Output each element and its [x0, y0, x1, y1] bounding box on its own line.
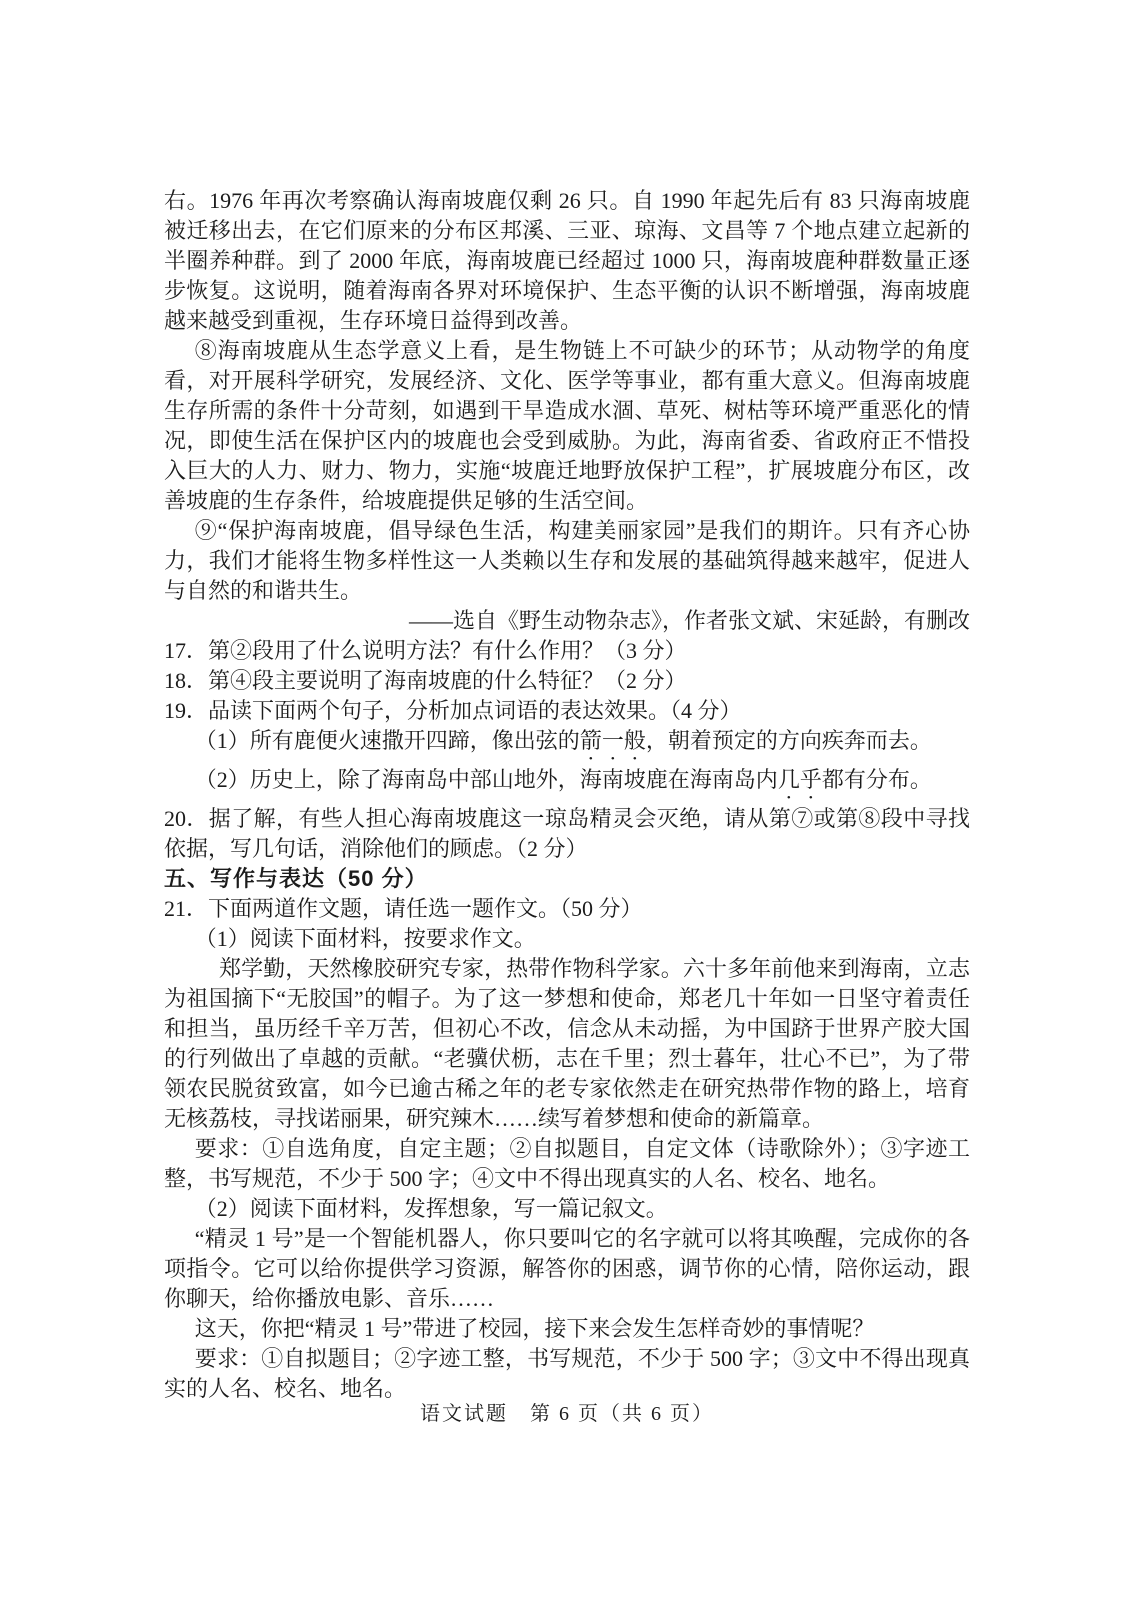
essay-option-2-label: （2）阅读下面材料，发挥想象，写一篇记叙文。	[164, 1194, 970, 1224]
essay-option-2-scenario: 这天，你把“精灵 1 号”带进了校园，接下来会发生怎样奇妙的事情呢？	[164, 1314, 970, 1344]
question-20: 20．据了解，有些人担心海南坡鹿这一琼岛精灵会灭绝，请从第⑦或第⑧段中寻找依据，…	[164, 804, 970, 864]
question-19: 19．品读下面两个句子，分析加点词语的表达效果。（4 分）	[164, 696, 970, 726]
document-body: 右。1976 年再次考察确认海南坡鹿仅剩 26 只。自 1990 年起先后有 8…	[164, 186, 970, 1404]
question-21: 21．下面两道作文题，请任选一题作文。（50 分）	[164, 894, 970, 924]
passage-paragraph-9: ⑨“保护海南坡鹿，倡导绿色生活，构建美丽家园”是我们的期许。只有齐心协力，我们才…	[164, 516, 970, 606]
essay-option-1-material: 郑学勤，天然橡胶研究专家，热带作物科学家。六十多年前他来到海南，立志为祖国摘下“…	[164, 954, 970, 1134]
sentence-1-pre: （1）所有鹿便火速撒开四蹄，像出弦的	[195, 728, 580, 753]
question-17: 17．第②段用了什么说明方法？有什么作用？（3 分）	[164, 636, 970, 666]
section-5-heading: 五、写作与表达（50 分）	[164, 864, 970, 894]
question-19-sentence-1: （1）所有鹿便火速撒开四蹄，像出弦的箭一般，朝着预定的方向疾奔而去。	[164, 726, 970, 765]
essay-option-1-requirements: 要求：①自选角度，自定主题；②自拟题目，自定文体（诗歌除外）；③字迹工整，书写规…	[164, 1134, 970, 1194]
sentence-1-post: ，朝着预定的方向疾奔而去。	[646, 728, 932, 753]
question-18: 18．第④段主要说明了海南坡鹿的什么特征？（2 分）	[164, 666, 970, 696]
question-19-sentence-2: （2）历史上，除了海南岛中部山地外，海南坡鹿在海南岛内几乎都有分布。	[164, 765, 970, 804]
sentence-2-emphasized-word: 几乎	[778, 767, 822, 792]
sentence-1-emphasized-word: 箭一般	[580, 728, 646, 753]
page-footer: 语文试题 第 6 页（共 6 页）	[164, 1399, 970, 1429]
sentence-2-pre: （2）历史上，除了海南岛中部山地外，海南坡鹿在海南岛内	[195, 767, 778, 792]
page-footer-text: 语文试题 第 6 页（共 6 页）	[420, 1403, 714, 1425]
passage-paragraph-7-continued: 右。1976 年再次考察确认海南坡鹿仅剩 26 只。自 1990 年起先后有 8…	[164, 186, 970, 336]
essay-option-2-material: “精灵 1 号”是一个智能机器人，你只要叫它的名字就可以将其唤醒，完成你的各项指…	[164, 1224, 970, 1314]
passage-paragraph-8: ⑧海南坡鹿从生态学意义上看，是生物链上不可缺少的环节；从动物学的角度看，对开展科…	[164, 336, 970, 516]
essay-option-1-label: （1）阅读下面材料，按要求作文。	[164, 924, 970, 954]
sentence-2-post: 都有分布。	[822, 767, 932, 792]
exam-paper-page: 右。1976 年再次考察确认海南坡鹿仅剩 26 只。自 1990 年起先后有 8…	[0, 0, 1131, 1600]
passage-attribution: ——选自《野生动物杂志》，作者张文斌、宋延龄，有删改	[164, 606, 970, 636]
essay-option-2-requirements: 要求：①自拟题目；②字迹工整，书写规范，不少于 500 字；③文中不得出现真实的…	[164, 1344, 970, 1404]
